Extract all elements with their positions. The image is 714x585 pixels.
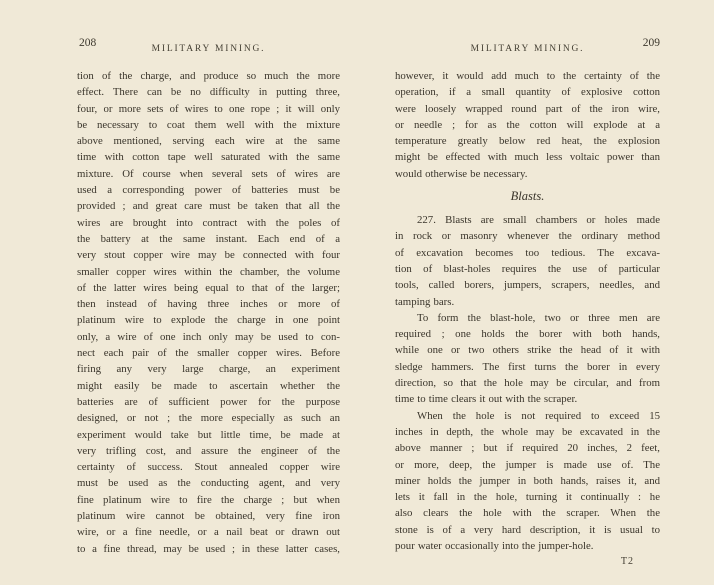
text-line: above mentioned, serving each wire at th… [77, 133, 340, 149]
text-line: however, it would add much to the certai… [395, 68, 660, 84]
text-line: wire, or a fine needle, or a nail beat o… [77, 524, 340, 540]
book-spread: 208 MILITARY MINING. tion of the charge,… [0, 0, 714, 585]
right-running-title: MILITARY MINING. [471, 44, 585, 54]
text-line: very stout copper wire may be connected … [77, 247, 340, 263]
text-line: time to time clears it out with the scra… [395, 391, 660, 407]
text-line: effect. There can be no difficulty in pu… [77, 84, 340, 100]
text-line: required ; one holds the borer with both… [395, 326, 660, 342]
text-line: direction, so that the hole may be circu… [395, 375, 660, 391]
text-line: time with cotton tape well saturated wit… [77, 149, 340, 165]
text-line: sledge hammers. The first turns the bore… [395, 359, 660, 375]
text-line: also clears the hole with the scraper. W… [395, 505, 660, 521]
text-line: To form the blast-hole, two or three men… [395, 310, 660, 326]
text-line: operation, if a small quantity of explos… [395, 84, 660, 100]
left-page-number: 208 [79, 37, 96, 49]
text-line: might easily be made to ascertain whethe… [77, 378, 340, 394]
text-line: or more, deep, the jumper is made use of… [395, 457, 660, 473]
page-right: MILITARY MINING. 209 however, it would a… [395, 0, 660, 571]
left-page-header: 208 MILITARY MINING. [77, 38, 340, 52]
text-line: would otherwise be necessary. [395, 166, 660, 182]
text-line: or needle ; for as the cotton will explo… [395, 117, 660, 133]
text-line: provided ; and great care must be taken … [77, 198, 340, 214]
text-line: of the latter wires being equal to that … [77, 280, 340, 296]
text-line: firing any very large charge, an experim… [77, 361, 340, 377]
text-line: tools, called borers, jumpers, scrapers,… [395, 277, 660, 293]
text-line: 227. Blasts are small chambers or holes … [395, 212, 660, 228]
text-line: wires are brought into contract with the… [77, 215, 340, 231]
text-line: When the hole is not required to exceed … [395, 408, 660, 424]
text-line: batteries are of sufficient power for th… [77, 394, 340, 410]
text-line: certainty of success. Stout annealed cop… [77, 459, 340, 475]
section-heading-blasts: Blasts. [395, 188, 660, 204]
text-line: inches in depth, the whole may be excava… [395, 424, 660, 440]
text-line: in rock or masonry whenever the ordinary… [395, 228, 660, 244]
text-line: stone is of a very hard description, it … [395, 522, 660, 538]
page-left: 208 MILITARY MINING. tion of the charge,… [77, 0, 340, 557]
text-line: above manner ; but if required 20 inches… [395, 440, 660, 456]
text-line: tion of blast-holes requires the use of … [395, 261, 660, 277]
right-page-body-text: 227. Blasts are small chambers or holes … [395, 212, 660, 554]
right-page-header: MILITARY MINING. 209 [395, 38, 660, 52]
signature-mark: T2 [395, 554, 660, 570]
text-line: designed, or not ; the more especially a… [77, 410, 340, 426]
right-page-intro-text: however, it would add much to the certai… [395, 68, 660, 182]
text-line: miner holds the jumper in both hands, ra… [395, 473, 660, 489]
text-line: were loosely wrapped round part of the i… [395, 101, 660, 117]
text-line: tion of the charge, and produce so much … [77, 68, 340, 84]
text-line: fine platinum wire to fire the charge ; … [77, 492, 340, 508]
text-line: must be used as the conducting agent, an… [77, 475, 340, 491]
left-running-title: MILITARY MINING. [152, 44, 266, 54]
text-line: the battery at the same instant. Each en… [77, 231, 340, 247]
text-line: mixture. Of course when several sets of … [77, 166, 340, 182]
text-line: very trifling cost, and assure the engin… [77, 443, 340, 459]
text-line: tamping bars. [395, 294, 660, 310]
text-line: platinum wire to explode the charge in o… [77, 312, 340, 328]
text-line: only, a wire of one inch only may be use… [77, 329, 340, 345]
text-line: be necessary to coat them well with the … [77, 117, 340, 133]
text-line: then instead of having three inches or m… [77, 296, 340, 312]
text-line: lets it fall in the hole, turning it con… [395, 489, 660, 505]
text-line: to a fine thread, may be used ; in these… [77, 541, 340, 557]
text-line: while one or two others strike the head … [395, 342, 660, 358]
text-line: four, or more sets of wires to one rope … [77, 101, 340, 117]
right-page-number: 209 [643, 37, 660, 49]
text-line: pour water occasionally into the jumper-… [395, 538, 660, 554]
left-page-text: tion of the charge, and produce so much … [77, 68, 340, 557]
text-line: smaller copper wires within the chamber,… [77, 264, 340, 280]
text-line: nect each pair of the smaller copper wir… [77, 345, 340, 361]
text-line: might be effected with much less voltaic… [395, 149, 660, 165]
text-line: used a corresponding power of batteries … [77, 182, 340, 198]
text-line: temperature greatly below red heat, the … [395, 133, 660, 149]
text-line: platinum wire cannot be obtained, very f… [77, 508, 340, 524]
text-line: of excavation becomes too tedious. The e… [395, 245, 660, 261]
text-line: experiment would take but little time, b… [77, 427, 340, 443]
